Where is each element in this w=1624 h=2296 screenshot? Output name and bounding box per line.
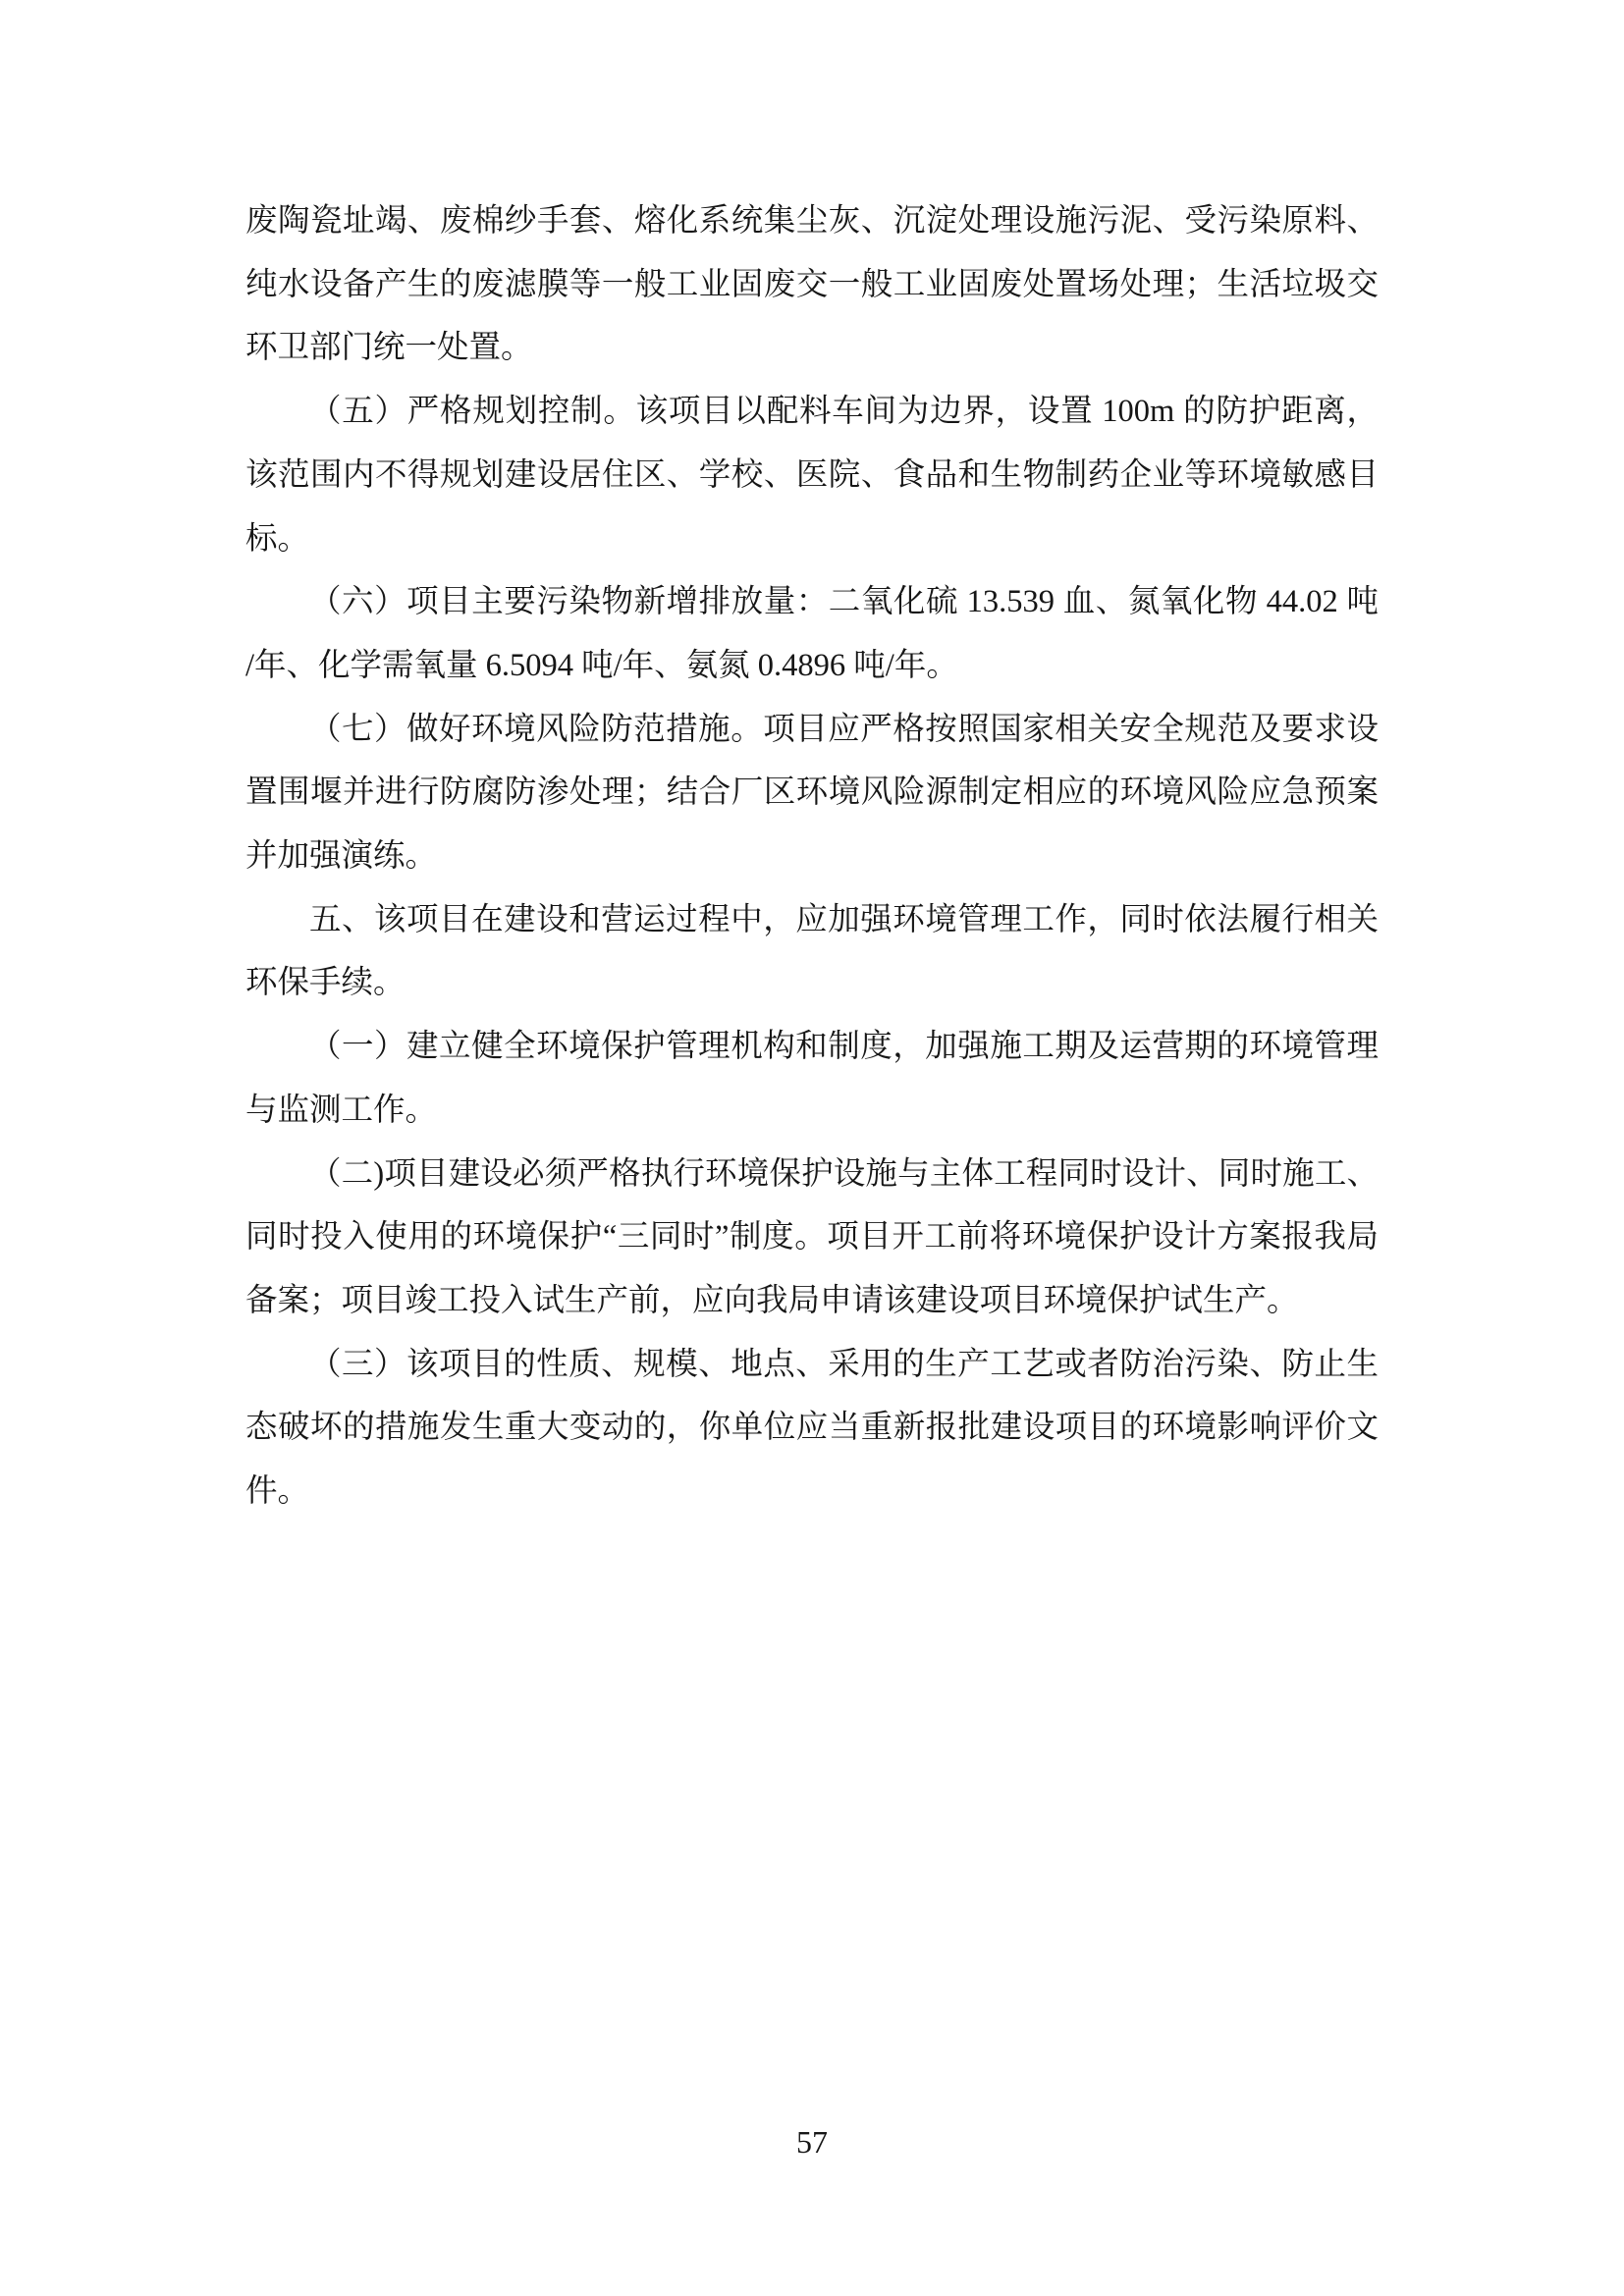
document-page: 废陶瓷址竭、废棉纱手套、熔化系统集尘灰、沉淀处理设施污泥、受污染原料、纯水设备产…: [0, 0, 1624, 2296]
text-line: 件。: [245, 1460, 1379, 1523]
text-line: （一）建立健全环境保护管理机构和制度，加强施工期及运营期的环境管理: [245, 1015, 1379, 1079]
paragraph: （一）建立健全环境保护管理机构和制度，加强施工期及运营期的环境管理与监测工作。: [245, 1015, 1379, 1142]
paragraph: （三）该项目的性质、规模、地点、采用的生产工艺或者防治污染、防止生态破坏的措施发…: [245, 1333, 1379, 1523]
text-line: 五、该项目在建设和营运过程中，应加强环境管理工作，同时依法履行相关: [245, 888, 1379, 952]
text-line: 同时投入使用的环境保护“三同时”制度。项目开工前将环境保护设计方案报我局: [245, 1205, 1379, 1269]
document-body: 废陶瓷址竭、废棉纱手套、熔化系统集尘灰、沉淀处理设施污泥、受污染原料、纯水设备产…: [245, 189, 1379, 1523]
text-line: /年、化学需氧量 6.5094 吨/年、氨氮 0.4896 吨/年。: [245, 634, 1379, 698]
text-line: 置围堰并进行防腐防渗处理；结合厂区环境风险源制定相应的环境风险应急预案: [245, 761, 1379, 825]
text-line: 与监测工作。: [245, 1079, 1379, 1143]
paragraph: （二)项目建设必须严格执行环境保护设施与主体工程同时设计、同时施工、同时投入使用…: [245, 1143, 1379, 1333]
text-line: 并加强演练。: [245, 825, 1379, 888]
paragraph: （五）严格规划控制。该项目以配料车间为边界，设置 100m 的防护距离，该范围内…: [245, 380, 1379, 570]
text-line: 废陶瓷址竭、废棉纱手套、熔化系统集尘灰、沉淀处理设施污泥、受污染原料、: [245, 189, 1379, 253]
text-line: （二)项目建设必须严格执行环境保护设施与主体工程同时设计、同时施工、: [245, 1143, 1379, 1206]
text-line: 标。: [245, 507, 1379, 571]
paragraph: （七）做好环境风险防范措施。项目应严格按照国家相关安全规范及要求设置围堰并进行防…: [245, 698, 1379, 888]
text-line: 备案；项目竣工投入试生产前，应向我局申请该建设项目环境保护试生产。: [245, 1269, 1379, 1333]
text-line: 环卫部门统一处置。: [245, 316, 1379, 380]
text-line: （六）项目主要污染物新增排放量：二氧化硫 13.539 血、氮氧化物 44.02…: [245, 570, 1379, 634]
text-line: 环保手续。: [245, 951, 1379, 1015]
text-line: 态破坏的措施发生重大变动的，你单位应当重新报批建设项目的环境影响评价文: [245, 1396, 1379, 1460]
text-line: （三）该项目的性质、规模、地点、采用的生产工艺或者防治污染、防止生: [245, 1333, 1379, 1397]
text-line: （五）严格规划控制。该项目以配料车间为边界，设置 100m 的防护距离，: [245, 380, 1379, 444]
page-number: 57: [0, 2122, 1624, 2162]
text-line: 该范围内不得规划建设居住区、学校、医院、食品和生物制药企业等环境敏感目: [245, 444, 1379, 507]
paragraph: 废陶瓷址竭、废棉纱手套、熔化系统集尘灰、沉淀处理设施污泥、受污染原料、纯水设备产…: [245, 189, 1379, 380]
text-line: 纯水设备产生的废滤膜等一般工业固废交一般工业固废处置场处理；生活垃圾交: [245, 253, 1379, 317]
text-line: （七）做好环境风险防范措施。项目应严格按照国家相关安全规范及要求设: [245, 698, 1379, 762]
paragraph: （六）项目主要污染物新增排放量：二氧化硫 13.539 血、氮氧化物 44.02…: [245, 570, 1379, 697]
paragraph: 五、该项目在建设和营运过程中，应加强环境管理工作，同时依法履行相关环保手续。: [245, 888, 1379, 1015]
